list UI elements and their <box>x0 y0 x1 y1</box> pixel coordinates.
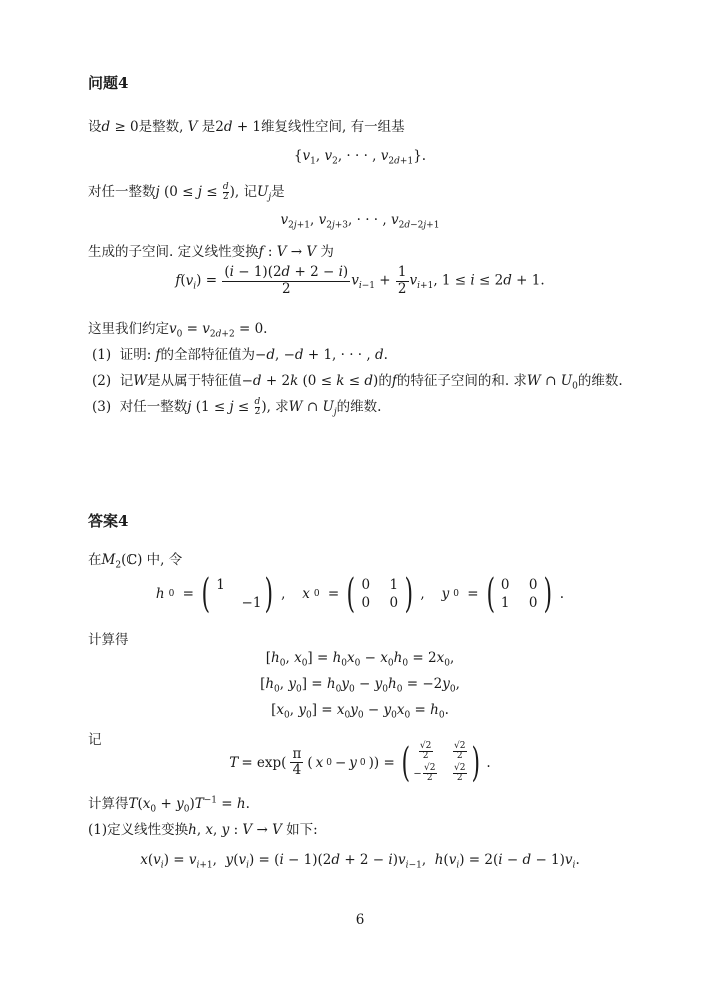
matrix-x0: (0100) <box>343 574 416 614</box>
part1-definition: x(vi) = vi+1, y(vi) = (i − 1)(2d + 2 − i… <box>0 852 720 868</box>
subspace-intro: 对任一整数j (0 ≤ j ≤ d2), 记Uj是 <box>88 180 285 202</box>
bracket-hy: [h0, y0] = h0y0 − y0h0 = −2y0, <box>0 676 720 692</box>
question-3: (3) 对任一整数j (1 ≤ j ≤ d2), 求W ∩ Uj的维数. <box>92 395 381 417</box>
part1-intro: (1)定义线性变换h, x, y : V → V 如下: <box>88 818 318 838</box>
matrix-h0: (1−1) <box>198 574 277 614</box>
conjugation: 计算得T(x0 + y0)T−1 = h. <box>88 792 250 812</box>
basis-set: {v1, v2, · · · , v2d+1}. <box>0 148 720 164</box>
matrix-T: ( √22 √22 −√22 √22 ) <box>398 742 484 784</box>
question-1: (1) 证明: f的全部特征值为−d, −d + 1, · · · , d. <box>92 343 388 363</box>
matrix-y0: (0010) <box>483 574 556 614</box>
transform-intro: 生成的子空间. 定义线性变换f : V → V 为 <box>88 240 334 260</box>
question-2: (2) 记W是从属于特征值−d + 2k (0 ≤ k ≤ d)的f的特征子空间… <box>92 369 623 389</box>
problem-intro: 设d ≥ 0是整数, V 是2d + 1维复线性空间, 有一组基 <box>88 115 405 135</box>
answer-title: 答案4 <box>88 510 128 531</box>
bracket-hx: [h0, x0] = h0x0 − x0h0 = 2x0, <box>0 650 720 666</box>
problem-title: 问题4 <box>88 72 128 93</box>
answer-intro: 在M2(ℂ) 中, 令 <box>88 548 182 568</box>
matrix-definitions: h0 = (1−1), x0 = (0100), y0 = (0010). <box>0 574 720 614</box>
transform-definition: f(vi) = (i − 1)(2d + 2 − i)2vi−1 + 12vi+… <box>0 265 720 297</box>
subspace-generators: v2j+1, v2j+3, · · · , v2d−2j+1 <box>0 212 720 228</box>
convention: 这里我们约定v0 = v2d+2 = 0. <box>88 317 267 337</box>
page-number: 6 <box>0 912 720 928</box>
computed-label: 计算得 <box>88 628 129 648</box>
T-definition: T = exp(π4(x0 − y0)) = ( √22 √22 −√22 √2… <box>0 742 720 784</box>
bracket-xy: [x0, y0] = x0y0 − y0x0 = h0. <box>0 702 720 718</box>
